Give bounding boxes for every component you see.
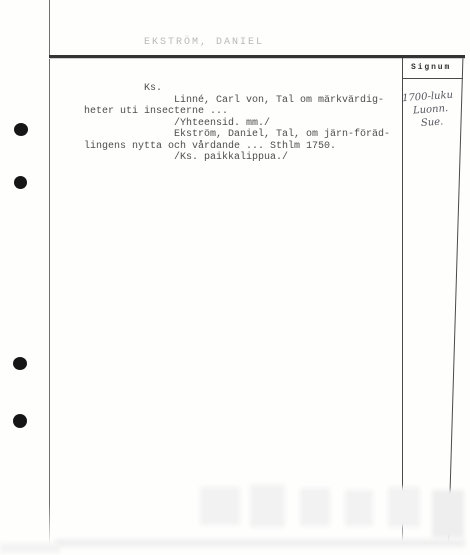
- punch-hole: [14, 176, 27, 189]
- signum-label: Signum: [411, 63, 451, 72]
- handwritten-shelfmark: 1700-luku Luonn. Sue.: [402, 88, 469, 131]
- signum-label-underline: [402, 78, 463, 79]
- card-heading: EKSTRÖM, DANIEL: [144, 37, 264, 48]
- bleed-through-artifact: [200, 487, 240, 525]
- left-margin-rule: [49, 0, 50, 547]
- punch-hole: [13, 414, 27, 428]
- signum-column-left-border: [402, 58, 403, 544]
- catalog-card: EKSTRÖM, DANIEL Signum 1700-luku Luonn. …: [0, 0, 470, 555]
- bleed-through-artifact: [300, 488, 330, 526]
- bleed-through-artifact: [55, 539, 465, 547]
- bleed-through-artifact: [345, 490, 373, 526]
- signum-column-right-border: [448, 58, 463, 544]
- bleed-through-artifact: [388, 487, 420, 527]
- bleed-through-artifact: [432, 490, 464, 538]
- bleed-through-artifact: [0, 543, 60, 553]
- bleed-through-artifact: [250, 485, 285, 527]
- punch-hole: [13, 357, 27, 370]
- card-body-text: Ks. Linné, Carl von, Tal om märkvärdig- …: [84, 83, 390, 164]
- punch-hole: [14, 123, 28, 136]
